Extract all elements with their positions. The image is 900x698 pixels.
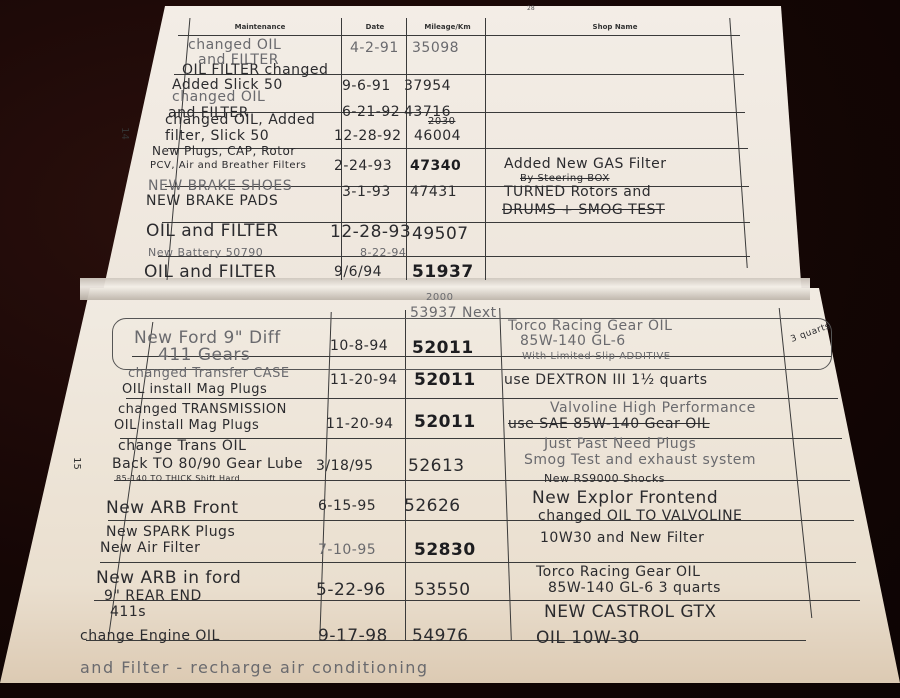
entry-8-date: 8-22-94 bbox=[360, 246, 406, 259]
b-entry-3-shop-line-2: use SAE 85W-140 Gear OIL bbox=[508, 416, 710, 432]
b-entry-4-shop-line-2: Smog Test and exhaust system bbox=[524, 452, 756, 468]
entry-6-shop-line-1: TURNED Rotors and bbox=[504, 184, 651, 200]
b-entry-6-mileage: 52830 bbox=[414, 540, 476, 560]
entry-6-date: 3-1-93 bbox=[342, 184, 391, 200]
column-header-shop: Shop Name bbox=[490, 23, 740, 31]
column-header-date: Date bbox=[345, 23, 405, 31]
entry-5-maintenance-line-1: New Plugs, CAP, Rotor bbox=[152, 144, 296, 158]
b-entry-4-mileage: 52613 bbox=[408, 456, 465, 476]
entry-1-mileage: 35098 bbox=[412, 40, 459, 56]
b-entry-1-maintenance-line-2: 411 Gears bbox=[158, 345, 250, 365]
b-entry-2-maintenance-line-2: OIL install Mag Plugs bbox=[122, 382, 267, 397]
top-page-mark: 28 bbox=[527, 5, 535, 12]
entry-5-shop-line-2: By Steering BOX bbox=[520, 173, 610, 184]
b-entry-4-date: 3/18/95 bbox=[316, 458, 373, 474]
next-service-note-line-1: 2000 bbox=[426, 292, 453, 303]
b-entry-7-date: 5-22-96 bbox=[316, 580, 386, 600]
entry-7-date: 12-28-93 bbox=[330, 222, 411, 242]
entry-6-mileage: 47431 bbox=[410, 184, 457, 200]
b-entry-1-shop-line-1: Torco Racing Gear OIL bbox=[508, 318, 672, 334]
entry-4-maintenance-line-1: changed OIL, Added bbox=[165, 112, 315, 128]
entry-5-date: 2-24-93 bbox=[334, 158, 392, 174]
entry-9-date: 9/6/94 bbox=[334, 264, 382, 280]
b-entry-8-maintenance: change Engine OIL bbox=[80, 628, 220, 644]
entry-7-maintenance: OIL and FILTER bbox=[146, 221, 279, 241]
entry-5-mileage: 47340 bbox=[410, 158, 461, 174]
b-entry-6-maintenance-line-1: New SPARK Plugs bbox=[106, 524, 235, 540]
b-entry-8-shop-line-1: NEW CASTROL GTX bbox=[544, 602, 717, 622]
entry-2-mileage: 37954 bbox=[404, 78, 451, 94]
entry-1-maintenance-line-1: changed OIL bbox=[188, 37, 281, 53]
b-entry-1-shop-line-3: With Limited-Slip ADDITIVE bbox=[522, 351, 671, 362]
b-entry-5-mileage: 52626 bbox=[404, 496, 461, 516]
b-entry-8-shop-line-2: OIL 10W-30 bbox=[536, 628, 640, 648]
b-entry-7-shop-line-2: 85W-140 GL-6 3 quarts bbox=[548, 580, 721, 596]
b-entry-7-maintenance-line-1: New ARB in ford bbox=[96, 568, 241, 588]
entry-6-maintenance-line-1: NEW BRAKE SHOES bbox=[148, 178, 292, 194]
b-entry-6-shop-line-2: 10W30 and New Filter bbox=[540, 530, 704, 546]
b-entry-4-maintenance-line-2: Back TO 80/90 Gear Lube bbox=[112, 456, 303, 472]
b-entry-5-shop-line-1: New RS9000 Shocks bbox=[544, 472, 665, 485]
b-entry-1-date: 10-8-94 bbox=[330, 338, 388, 354]
b-entry-3-mileage: 52011 bbox=[414, 412, 476, 432]
entry-5-maintenance-line-2: PCV, Air and Breather Filters bbox=[150, 160, 306, 171]
b-entry-2-maintenance-line-1: changed Transfer CASE bbox=[128, 366, 290, 381]
b-entry-6-maintenance-line-2: New Air Filter bbox=[100, 540, 200, 556]
entry-9-mileage: 51937 bbox=[412, 262, 474, 282]
entry-2-maintenance-line-1: OIL FILTER changed bbox=[182, 62, 328, 78]
entry-6-shop-line-2: DRUMS + SMOG TEST bbox=[502, 202, 665, 218]
b-entry-8-mileage: 54976 bbox=[412, 626, 469, 646]
b-entry-6-date: 7-10-95 bbox=[318, 542, 376, 558]
column-header-maintenance: Maintenance bbox=[180, 23, 340, 31]
b-entry-3-maintenance-line-1: changed TRANSMISSION bbox=[118, 402, 287, 417]
entry-8-maintenance: New Battery 50790 bbox=[148, 246, 263, 259]
entry-3-maintenance-line-1: changed OIL bbox=[172, 89, 265, 105]
b-entry-7-maintenance-line-2: 9" REAR END bbox=[104, 588, 202, 604]
b-entry-4-maintenance-line-1: change Trans OIL bbox=[118, 438, 246, 454]
entry-1-date: 4-2-91 bbox=[350, 40, 399, 56]
entry-4-mileage-struck: 2030 bbox=[428, 116, 455, 127]
b-entry-2-shop: use DEXTRON III 1½ quarts bbox=[504, 372, 708, 388]
entry-4-date: 12-28-92 bbox=[334, 128, 402, 144]
b-entry-2-mileage: 52011 bbox=[414, 370, 476, 390]
b-entry-4-maintenance-line-3: 85-140 TO THICK Shift Hard bbox=[116, 474, 240, 483]
b-entry-5-date: 6-15-95 bbox=[318, 498, 376, 514]
b-entry-3-shop-line-1: Valvoline High Performance bbox=[550, 400, 756, 416]
entry-5-shop-line-1: Added New GAS Filter bbox=[504, 156, 666, 172]
footer-note: and Filter - recharge air conditioning bbox=[80, 658, 429, 677]
b-entry-7-shop-line-1: Torco Racing Gear OIL bbox=[536, 564, 700, 580]
b-entry-1-shop-line-2: 85W-140 GL-6 bbox=[520, 333, 626, 349]
column-header-mileage: Mileage/Km bbox=[410, 23, 485, 31]
entry-4-maintenance-line-2: filter, Slick 50 bbox=[165, 128, 269, 144]
b-entry-3-maintenance-line-2: OIL install Mag Plugs bbox=[114, 418, 259, 433]
entry-6-maintenance-line-2: NEW BRAKE PADS bbox=[146, 193, 278, 209]
b-entry-7-mileage: 53550 bbox=[414, 580, 471, 600]
entry-9-maintenance: OIL and FILTER bbox=[144, 262, 277, 282]
entry-2-date: 9-6-91 bbox=[342, 78, 391, 94]
b-entry-2-date: 11-20-94 bbox=[330, 372, 398, 388]
b-entry-5-maintenance: New ARB Front bbox=[106, 498, 239, 518]
b-entry-8-date: 9-17-98 bbox=[318, 626, 388, 646]
b-entry-6-shop-line-1: changed OIL TO VALVOLINE bbox=[538, 508, 742, 524]
b-entry-5-shop-line-2: New Explor Frontend bbox=[532, 488, 718, 508]
b-entry-1-mileage: 52011 bbox=[412, 338, 474, 358]
b-entry-3-date: 11-20-94 bbox=[326, 416, 394, 432]
b-entry-7-maintenance-line-3: 411s bbox=[110, 604, 146, 620]
b-entry-4-shop-line-1: Just Past Need Plugs bbox=[544, 436, 696, 452]
entry-4-mileage: 46004 bbox=[414, 128, 461, 144]
page-number-14: 14 bbox=[119, 127, 130, 140]
entry-7-mileage: 49507 bbox=[412, 224, 469, 244]
entry-3-date: 6-21-92 bbox=[342, 104, 400, 120]
next-service-note-line-2: 53937 Next bbox=[410, 305, 497, 321]
